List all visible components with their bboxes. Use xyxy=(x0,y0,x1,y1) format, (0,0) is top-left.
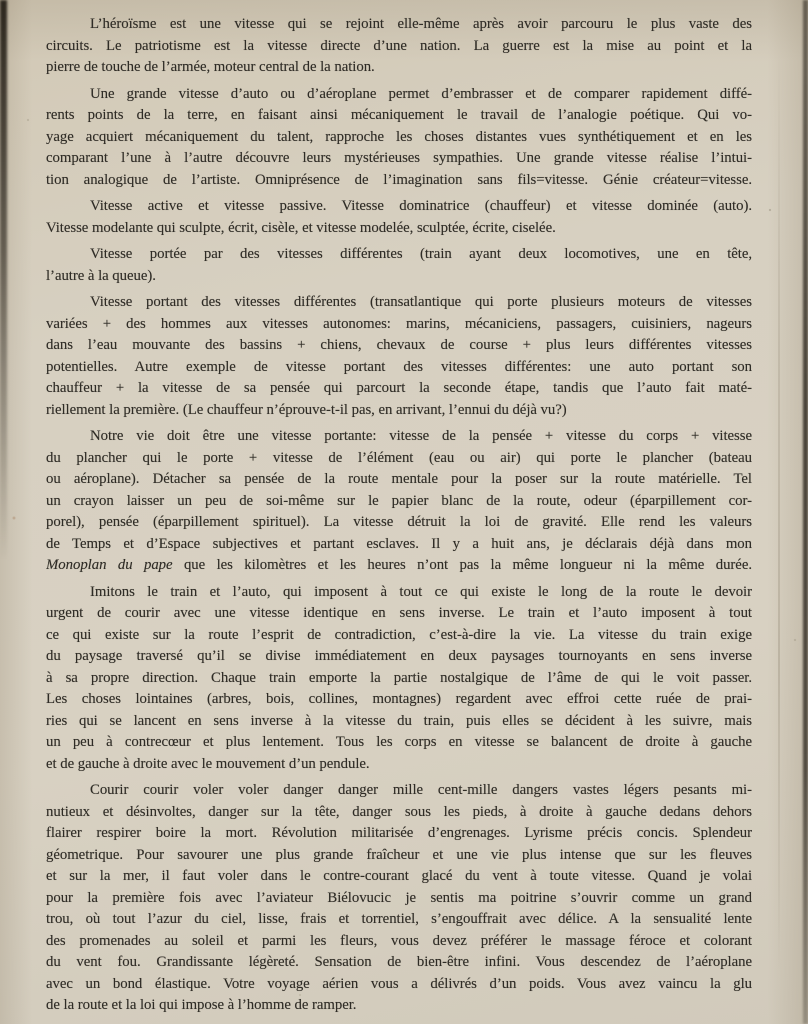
text-line: flairer respirer boire la mort. Révoluti… xyxy=(46,823,752,845)
text-line: du vent fou. Grandissante légèreté. Sens… xyxy=(46,952,752,974)
text-line: de la route et la loi qui impose à l’hom… xyxy=(46,995,752,1017)
text-line: de Temps et d’Espace subjectives et part… xyxy=(46,534,752,556)
text-line: riellement la première. (Le chauffeur n’… xyxy=(46,400,752,422)
paragraph: Vitesse portée par des vitesses différen… xyxy=(46,244,752,287)
text-line: et sur la mer, il faut voler dans le con… xyxy=(46,866,752,888)
text-line: tion analogique de l’artiste. Omniprésen… xyxy=(46,170,752,192)
page-text: L’héroïsme est une vitesse qui se rejoin… xyxy=(46,14,752,1017)
text-line: des promenades au soleil et parmi les fl… xyxy=(46,931,752,953)
text-line: Vitesse portée par des vitesses différen… xyxy=(46,244,752,266)
text-segment: que les kilomètres et les heures n’ont p… xyxy=(173,557,752,573)
text-line: géometrique. Pour savourer une plus gran… xyxy=(46,845,752,867)
text-line: et de gauche à droite avec le mouvement … xyxy=(46,754,752,776)
text-line: Notre vie doit être une vitesse portante… xyxy=(46,426,752,448)
text-line: variées + des hommes aux vitesses autono… xyxy=(46,314,752,336)
text-line: Une grande vitesse d’auto ou d’aéroplane… xyxy=(46,84,752,106)
text-line: comparant l’une à l’autre découvre leurs… xyxy=(46,148,752,170)
scanned-book-page: L’héroïsme est une vitesse qui se rejoin… xyxy=(0,0,808,1024)
text-line: avec un bond élastique. Votre voyage aér… xyxy=(46,974,752,996)
text-line: ries qui se lancent en sens inverse à la… xyxy=(46,711,752,733)
text-line: pierre de touche de l’armée, moteur cent… xyxy=(46,57,752,79)
paragraph: L’héroïsme est une vitesse qui se rejoin… xyxy=(46,14,752,79)
italic-book-title: Monoplan du pape xyxy=(46,557,173,573)
text-line: pour la première fois avec l’aviateur Bi… xyxy=(46,888,752,910)
text-line: Courir courir voler voler danger danger … xyxy=(46,780,752,802)
text-line: Vitesse active et vitesse passive. Vites… xyxy=(46,196,752,218)
text-line: un crayon laisser un peu de soi-même sur… xyxy=(46,491,752,513)
text-line: ou aéroplane). Détacher sa pensée de la … xyxy=(46,469,752,491)
text-line: yage acquiert mécaniquement du talent, r… xyxy=(46,127,752,149)
page-left-shadow xyxy=(0,0,7,560)
page-right-edge xyxy=(803,0,808,1024)
text-line: ce qui existe sur la route l’esprit de c… xyxy=(46,625,752,647)
text-line: potentielles. Autre exemple de vitesse p… xyxy=(46,357,752,379)
text-line: Les choses lointaines (arbres, bois, col… xyxy=(46,689,752,711)
paragraph: Courir courir voler voler danger danger … xyxy=(46,780,752,1017)
paragraph: Notre vie doit être une vitesse portante… xyxy=(46,426,752,577)
text-line: du plancher qui le porte + vitesse de l’… xyxy=(46,448,752,470)
text-line: un peu à contrecœur et plus lentement. T… xyxy=(46,732,752,754)
text-line: porel), pensée (éparpillement spirituel)… xyxy=(46,512,752,534)
text-line: l’autre à la queue). xyxy=(46,266,752,288)
text-line: Vitesse portant des vitesses différentes… xyxy=(46,292,752,314)
text-line: circuits. Le patriotisme est la vitesse … xyxy=(46,36,752,58)
text-line: à sa propre direction. Chaque train empo… xyxy=(46,668,752,690)
text-line: urgent de courir avec une vitesse identi… xyxy=(46,603,752,625)
text-line: Monoplan du pape que les kilomètres et l… xyxy=(46,555,752,577)
paragraph: Imitons le train et l’auto, qui imposent… xyxy=(46,582,752,776)
paragraph: Une grande vitesse d’auto ou d’aéroplane… xyxy=(46,84,752,192)
text-line: L’héroïsme est une vitesse qui se rejoin… xyxy=(46,14,752,36)
text-line: trou, où tout l’azur du ciel, lisse, fra… xyxy=(46,909,752,931)
paragraph: Vitesse portant des vitesses différentes… xyxy=(46,292,752,421)
text-line: nutieux et désinvoltes, danger sur la tê… xyxy=(46,802,752,824)
text-line: du paysage traversé qu’il se divise immé… xyxy=(46,646,752,668)
text-line: dans l’eau mouvante des bassins + chiens… xyxy=(46,335,752,357)
text-line: Imitons le train et l’auto, qui imposent… xyxy=(46,582,752,604)
paragraph: Vitesse active et vitesse passive. Vites… xyxy=(46,196,752,239)
text-line: chauffeur + la vitesse de sa pensée qui … xyxy=(46,378,752,400)
text-line: rents points de la terre, en faisant ain… xyxy=(46,105,752,127)
text-line: Vitesse modelante qui sculpte, écrit, ci… xyxy=(46,218,752,240)
page-crease xyxy=(778,0,780,1024)
